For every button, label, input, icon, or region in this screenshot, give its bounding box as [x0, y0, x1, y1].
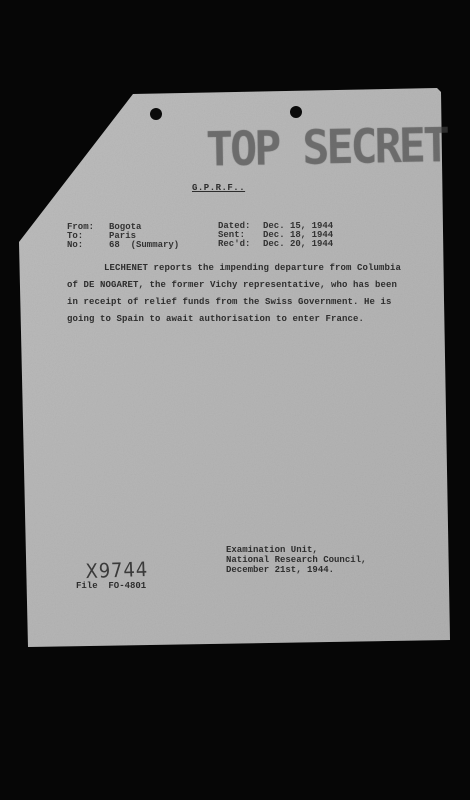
- scan-viewport: TOP SECRET G.P.R.F.. From:Bogota To:Pari…: [0, 0, 470, 800]
- body-line-1: LECHENET reports the impending departure…: [104, 262, 401, 274]
- document-heading: G.P.R.F..: [192, 183, 245, 193]
- body-line-4: going to Spain to await authorisation to…: [67, 313, 364, 325]
- punch-hole-left: [150, 108, 162, 120]
- received-value: Dec. 20, 1944: [263, 239, 333, 249]
- punch-hole-right: [290, 106, 302, 118]
- body-line-3: in receipt of relief funds from the Swis…: [67, 296, 392, 308]
- signature-date: December 21st, 1944.: [226, 565, 334, 575]
- signature-council: National Research Council,: [226, 555, 366, 565]
- handwritten-note: X9744: [85, 557, 148, 583]
- signature-unit: Examination Unit,: [226, 545, 318, 555]
- number-label: No:: [67, 240, 109, 250]
- header-number: No:68 (Summary): [67, 240, 179, 250]
- number-value: 68 (Summary): [109, 240, 179, 250]
- body-line-2: of DE NOGARET, the former Vichy represen…: [67, 279, 397, 291]
- file-reference: File FO-4801: [76, 581, 146, 591]
- top-secret-stamp: TOP SECRET: [206, 121, 407, 175]
- document-content: TOP SECRET G.P.R.F.. From:Bogota To:Pari…: [0, 0, 470, 800]
- header-received: Rec'd:Dec. 20, 1944: [218, 239, 333, 249]
- received-label: Rec'd:: [218, 239, 263, 249]
